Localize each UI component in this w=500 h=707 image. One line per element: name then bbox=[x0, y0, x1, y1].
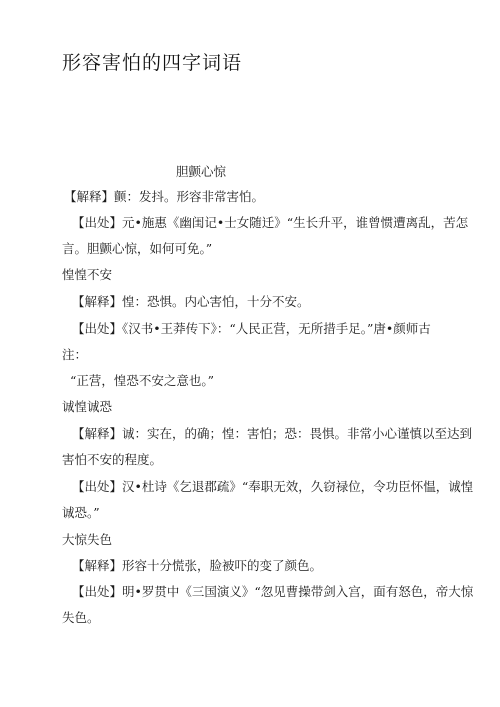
entry-term: 诚惶诚恐 bbox=[62, 397, 112, 415]
entry-source-cont: 言。胆颤心惊，如何可免。” bbox=[62, 239, 212, 257]
document-title: 形容害怕的四字词语 bbox=[62, 48, 242, 75]
entry-source: 【出处】汉•杜诗《乞退郡疏》“奉职无效，久窃禄位，令功臣怀愠，诚惶 bbox=[72, 477, 473, 495]
entry-source-note: “正营，惶恐不安之意也。” bbox=[70, 371, 214, 389]
entry-explanation: 【解释】颤：发抖。形容非常害怕。 bbox=[64, 187, 264, 205]
entry-term: 胆颤心惊 bbox=[176, 162, 226, 180]
entry-explanation: 【解释】诚：实在，的确；惶：害怕；恐：畏惧。非常小心谨慎以至达到 bbox=[72, 424, 472, 442]
entry-source: 【出处】明•罗贯中《三国演义》“忽见曹操带剑入宫，面有怒色，帝大惊 bbox=[72, 582, 473, 600]
entry-explanation-cont: 害怕不安的程度。 bbox=[62, 450, 162, 468]
entry-explanation: 【解释】惶：恐惧。内心害怕，十分不安。 bbox=[72, 292, 310, 310]
entry-source-cont: 失色。 bbox=[62, 608, 100, 626]
entry-source: 【出处】《汉书•王莽传下》：“人民正营，无所措手足。”唐•颜师古 bbox=[72, 319, 431, 337]
entry-source: 【出处】元•施惠《幽闺记•士女随迁》“生长升平，谁曾惯遭离乱，苦怎 bbox=[72, 213, 468, 231]
entry-explanation: 【解释】形容十分慌张，脸被吓的变了颜色。 bbox=[72, 556, 322, 574]
entry-source-cont: 诚恐。” bbox=[62, 503, 100, 521]
entry-source-cont: 注： bbox=[62, 345, 87, 363]
entry-term: 大惊失色 bbox=[62, 530, 112, 548]
entry-term: 惶惶不安 bbox=[62, 265, 112, 283]
